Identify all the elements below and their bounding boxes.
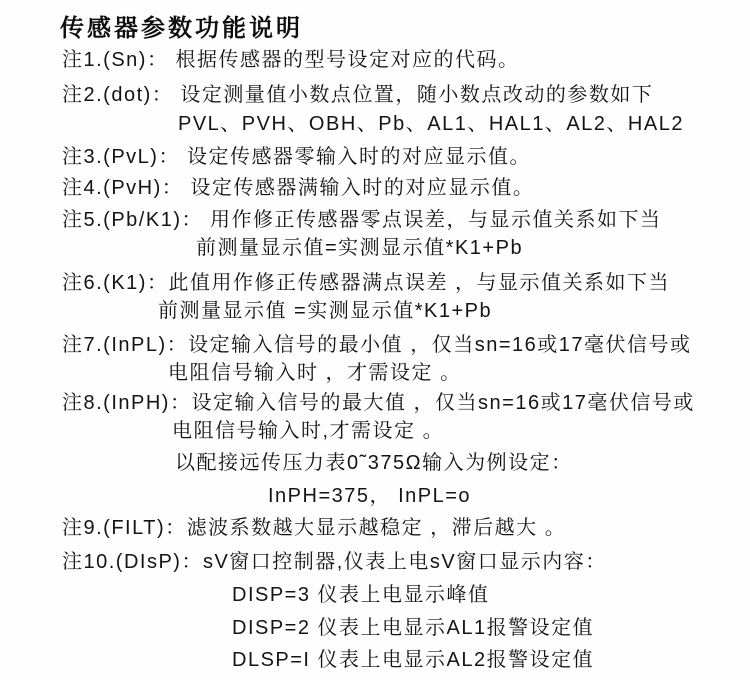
note8-line1: 注8.(InPH)：设定输入信号的最大值 ，仅当sn=16或17毫伏信号或 — [62, 391, 695, 415]
note9-line: 注9.(FILT)：滤波系数越大显示越稳定 ，滞后越大 。 — [62, 516, 566, 540]
note5-line1: 注5.(Pb/K1)： 用作修正传感器零点误差，与显示值关系如下当 — [62, 208, 662, 232]
page-title: 传感器参数功能说明 — [60, 8, 303, 43]
disp-option-2: DISP=2 仪表上电显示AL1报警设定值 — [232, 616, 594, 640]
example-heading: 以配接远传压力表0˜375Ω输入为例设定： — [175, 451, 573, 475]
note10-line1: 注10.(DIsP)：sV窗口控制器,仪表上电sV窗口显示内容： — [62, 550, 607, 574]
note4-line: 注4.(PvH)： 设定传感器满输入时的对应显示值。 — [62, 176, 534, 200]
note2-line1: 注2.(dot)： 设定测量值小数点位置，随小数点改动的参数如下 — [62, 83, 653, 107]
disp-option-3: DISP=3 仪表上电显示峰值 — [232, 583, 490, 607]
note5-formula: 前测量显示值=实测显示值*K1+Pb — [196, 236, 523, 260]
disp-option-1: DLSP=I 仪表上电显示AL2报警设定值 — [232, 648, 594, 672]
note6-formula: 前测量显示值 =实测显示值*K1+Pb — [158, 299, 492, 323]
document-page: 传感器参数功能说明 注1.(Sn)： 根据传感器的型号设定对应的代码。 注2.(… — [0, 0, 750, 680]
note6-line1: 注6.(K1)：此值用作修正传感器满点误差 ，与显示值关系如下当 — [62, 271, 670, 295]
note7-line2: 电阻信号输入时 ，才需设定 。 — [168, 361, 462, 385]
note8-line2: 电阻信号输入时,才需设定 。 — [172, 419, 444, 443]
note3-line: 注3.(PvL)： 设定传感器零输入时的对应显示值。 — [62, 145, 531, 169]
note1-line: 注1.(Sn)： 根据传感器的型号设定对应的代码。 — [62, 48, 520, 72]
example-values: InPH=375， InPL=o — [268, 484, 471, 508]
note2-param-list: PVL、PVH、OBH、Pb、AL1、HAL1、AL2、HAL2 — [178, 112, 684, 136]
note7-line1: 注7.(InPL)：设定输入信号的最小值 ，仅当sn=16或17毫伏信号或 — [62, 333, 692, 357]
